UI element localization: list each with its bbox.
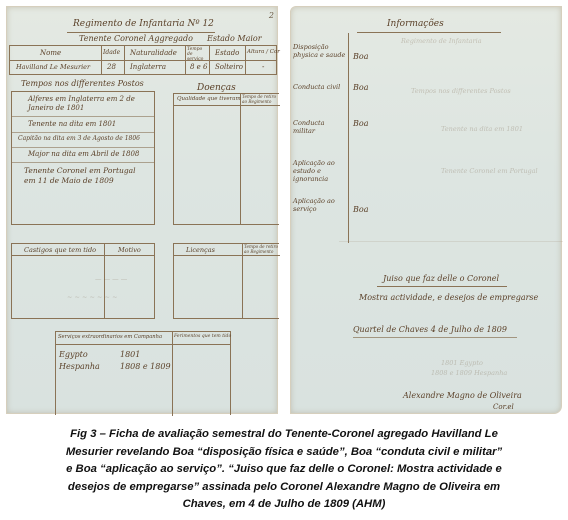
col-header-naturalidade: Naturalidade — [130, 49, 177, 57]
row-rule — [12, 162, 154, 163]
title-underline — [357, 32, 501, 33]
col-divider — [101, 46, 102, 74]
page-number: 2 — [269, 11, 274, 20]
posto-entry: Alferes em Inglaterra em 2 de Janeiro de… — [28, 95, 148, 113]
cell-estado: Solteiro — [215, 63, 243, 71]
licencas-table: Licenças Tempo de retiro ao Regimento — [173, 243, 279, 319]
servicos-table: Serviços extraordinarios em Campanha Fer… — [55, 331, 231, 415]
header-rule — [174, 255, 280, 256]
col-header-castigos: Castigos que tem tido — [24, 246, 96, 254]
table-row-divider — [10, 60, 276, 61]
postos-box: Alferes em Inglaterra em 2 de Janeiro de… — [11, 91, 155, 225]
juizo-text: Mostra actividade, e desejos de empregar… — [359, 293, 538, 302]
info-label-conducta-militar: Conducta militar — [293, 119, 347, 135]
bleed-through-text: 1801 Egypto — [441, 359, 483, 367]
juizo-underline — [377, 286, 507, 287]
col-divider — [245, 46, 246, 74]
info-value-conducta-militar: Boa — [353, 119, 368, 128]
servico-years: 1808 e 1809 — [120, 362, 171, 371]
informacoes-title: Informações — [387, 19, 444, 29]
info-label-estudo: Aplicação ao estudo e ignorancia — [293, 159, 347, 183]
bleed-through-text: Tenente Coronel em Portugal — [441, 167, 538, 175]
right-manuscript-page: Informações Disposição physica e saude B… — [290, 6, 562, 414]
bleed-through-text: ~ ~ ~ ~ ~ ~ ~ — [67, 293, 118, 301]
col-divider — [185, 46, 186, 74]
row-rule — [12, 116, 154, 117]
label-column-rule — [348, 33, 349, 243]
bleed-through-text: 1808 e 1809 Hespanha — [431, 369, 507, 377]
col-header-nome: Nome — [40, 49, 61, 57]
info-value-servico: Boa — [353, 205, 368, 214]
title-underline — [67, 32, 215, 33]
header-rule — [12, 255, 154, 256]
row-rule — [12, 147, 154, 148]
posto-entry: Capitão na dita em 3 de Agosto de 1806 — [18, 135, 140, 142]
signature: Alexandre Magno de Oliveira — [403, 391, 522, 400]
servico-place: Egypto — [59, 350, 88, 359]
col-header-idade: Idade — [103, 49, 120, 56]
castigos-table: Castigos que tem tido Motivo — [11, 243, 155, 319]
col-divider — [242, 244, 243, 318]
cell-idade: 28 — [107, 63, 116, 71]
personal-data-table: Nome Idade Naturalidade Tempo de serviço… — [9, 45, 277, 75]
col-divider — [172, 332, 173, 416]
signature-rank: Cor.el — [493, 403, 514, 411]
col-header-tempo-retiro: Tempo de retiro ao Regimento — [242, 94, 280, 104]
place-date: Quartel de Chaves 4 de Julho de 1809 — [353, 325, 507, 334]
caption-line: Chaves, em 4 de Julho de 1809 (AHM) — [20, 496, 548, 514]
figure-caption: Fig 3 – Ficha de avaliação semestral do … — [20, 426, 548, 514]
bleed-through-rule — [339, 241, 563, 242]
rank-line: Tenente Coronel Aggregado — [79, 34, 193, 43]
caption-line: Mesurier revelando Boa “disposição físic… — [20, 444, 548, 462]
row-rule — [12, 132, 154, 133]
col-header-qualidade: Qualidade que tiveram — [177, 96, 241, 102]
cell-nome: Havilland Le Mesurier — [16, 63, 90, 71]
info-label-disposicao: Disposição physica e saude — [293, 43, 347, 59]
postos-title: Tempos nos differentes Postos — [21, 79, 144, 88]
col-divider — [240, 94, 241, 224]
col-header-licencas: Licenças — [186, 246, 215, 254]
doencas-table: Qualidade que tiveram Tempo de retiro ao… — [173, 93, 279, 225]
info-label-conducta-civil: Conducta civil — [293, 83, 347, 91]
col-header-ferimentos: Ferimentos que tem tido — [174, 334, 231, 339]
info-value-disposicao: Boa — [353, 52, 368, 61]
posto-entry: Tenente na dita em 1801 — [28, 120, 116, 128]
bleed-through-text: Tempos nos differentes Postos — [411, 87, 511, 95]
caption-line: Fig 3 – Ficha de avaliação semestral do … — [20, 426, 548, 444]
cell-altura: - — [262, 63, 264, 71]
col-header-altura: Altura / Cor — [247, 49, 280, 55]
date-underline — [353, 337, 517, 338]
col-divider — [209, 46, 210, 74]
bleed-through-text: Tenente na dita em 1801 — [441, 125, 523, 133]
cell-naturalidade: Inglaterra — [130, 63, 166, 71]
caption-line: desejos de empregarse” assinada pelo Cor… — [20, 479, 548, 497]
regiment-title: Regimento de Infantaria Nº 12 — [73, 19, 214, 29]
left-manuscript-page: 2 Regimento de Infantaria Nº 12 Tenente … — [6, 6, 278, 414]
caption-line: e Boa “aplicação ao serviço”. “Juiso que… — [20, 461, 548, 479]
bleed-through-text: — — — — — [95, 275, 127, 283]
posto-entry: Tenente Coronel em Portugal em 11 de Mai… — [24, 166, 146, 186]
header-rule — [56, 344, 230, 345]
col-header-tempo: Tempo de serviço — [187, 47, 209, 62]
staff-line: Estado Maior — [207, 34, 262, 43]
doencas-title: Doenças — [197, 83, 236, 93]
servico-place: Hespanha — [59, 362, 100, 371]
header-rule — [174, 105, 280, 106]
juizo-title: Juiso que faz delle o Coronel — [383, 274, 499, 283]
info-label-servico: Aplicação ao serviço — [293, 197, 347, 213]
cell-tempo: 8 e 6 — [190, 63, 208, 71]
col-divider — [124, 46, 125, 74]
col-header-servicos: Serviços extraordinarios em Campanha — [58, 334, 162, 340]
col-header-motivo: Motivo — [118, 246, 141, 254]
col-header-estado: Estado — [215, 49, 239, 57]
servico-years: 1801 — [120, 350, 140, 359]
posto-entry: Major na dita em Abril de 1808 — [28, 150, 139, 158]
col-header-tempo-retiro: Tempo de retiro ao Regimento — [244, 244, 280, 254]
info-value-conducta-civil: Boa — [353, 83, 368, 92]
bleed-through-text: Regimento de Infantaria — [401, 37, 482, 45]
